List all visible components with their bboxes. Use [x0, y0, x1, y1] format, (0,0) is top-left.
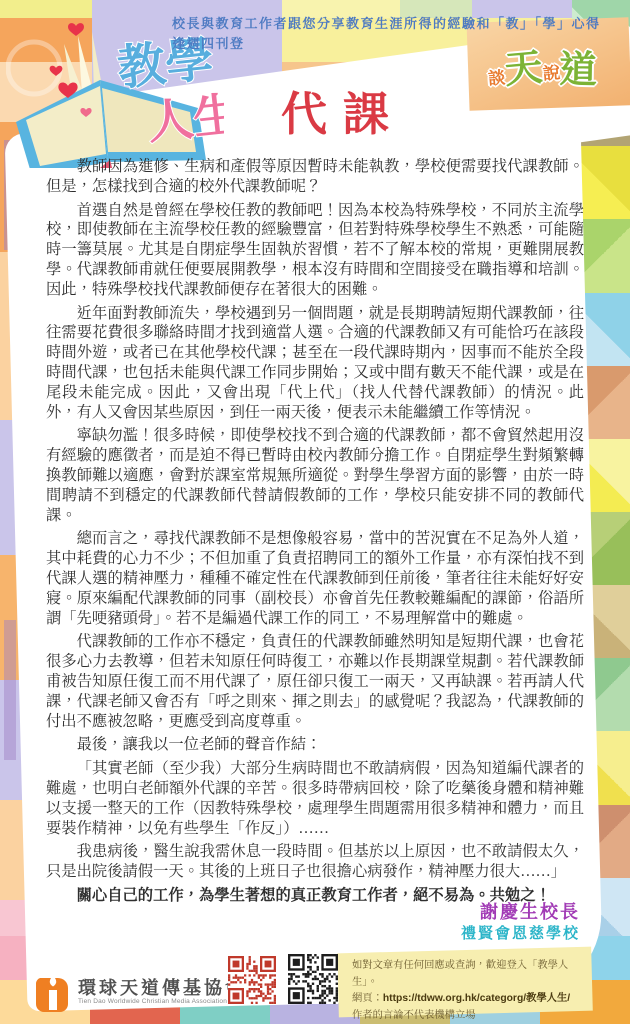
badge-char-1: 談 — [487, 63, 506, 89]
note-line1: 如對文章有任何回應或查詢，歡迎登入「教學人生」。 — [352, 958, 588, 991]
paragraph: 代課教師的工作亦不穩定，負責任的代課教師雖然明知是短期代課，也會花很多心力去教導… — [46, 632, 584, 731]
badge-char-4: 道 — [559, 38, 598, 94]
note-line3: 作者的言論不代表機構立場 — [352, 1008, 588, 1024]
candle-icon — [36, 972, 70, 1012]
org-logo-block: 環球天道傳基協會 Tien Dao Worldwide Christian Me… — [36, 972, 246, 1012]
badge-char-3: 說 — [542, 58, 561, 84]
article-body: 教師因為進修、生病和產假等原因暫時未能執教，學校便需要找代課教師。但是，怎樣找到… — [46, 157, 584, 910]
page-title: 代課 — [200, 78, 470, 144]
qr-code-red — [228, 956, 276, 1004]
badge-char-2: 天 — [502, 36, 545, 94]
note-line2: 網頁：https://tdww.org.hk/categorg/教學人生/ — [352, 991, 588, 1008]
org-name: 環球天道傳基協會 — [78, 979, 246, 999]
org-name-en: Tien Dao Worldwide Christian Media Assoc… — [78, 998, 246, 1005]
author-school: 禮賢會恩慈學校 — [260, 924, 580, 944]
paragraph: 近年面對教師流失，學校遇到另一個問題，就是長期聘請短期代課教師，往往需要花費很多… — [46, 304, 584, 423]
paragraph: 寧缺勿濫！很多時候，即使學校找不到合適的代課教師，都不會貿然起用沒有經驗的應徵者… — [46, 426, 584, 525]
author-name: 謝慶生校長 — [260, 900, 580, 924]
paragraph: 首選自然是曾經在學校任教的教師吧！因為本校為特殊學校，不同於主流學校，即使教師在… — [46, 201, 584, 300]
paragraph: 最後，讓我以一位老師的聲音作結： — [46, 735, 584, 755]
note-url-label: 網頁： — [352, 993, 383, 1004]
signature-block: 謝慶生校長 禮賢會恩慈學校 — [260, 900, 580, 945]
qr-code-black — [288, 954, 338, 1004]
note-url[interactable]: https://tdww.org.hk/categorg/教學人生/ — [383, 993, 570, 1004]
flyer-page: 教學 人生 校長與教育工作者跟您分享教育生涯所得的經驗和「教」「學」心得 逢週四… — [0, 0, 630, 1024]
paragraph: 教師因為進修、生病和產假等原因暫時未能執教，學校便需要找代課教師。但是，怎樣找到… — [46, 157, 584, 197]
quote-paragraph: 「其實老師（至少我）大部分生病時間也不敢請病假，因為知道編代課者的難處，也明白老… — [46, 759, 584, 838]
footer-note: 如對文章有任何回應或查詢，歡迎登入「教學人生」。 網頁：https://tdww… — [352, 958, 588, 1024]
paragraph: 總而言之，尋找代課教師不是想像般容易，當中的苦況實在不足為外人道，其中耗費的心力… — [46, 529, 584, 628]
tagline-line1: 校長與教育工作者跟您分享教育生涯所得的經驗和「教」「學」心得 — [172, 14, 622, 34]
quote-paragraph: 我患病後，醫生說我需休息一段時間。但基於以上原因，也不敢請假太久，只是出院後請假… — [46, 842, 584, 882]
